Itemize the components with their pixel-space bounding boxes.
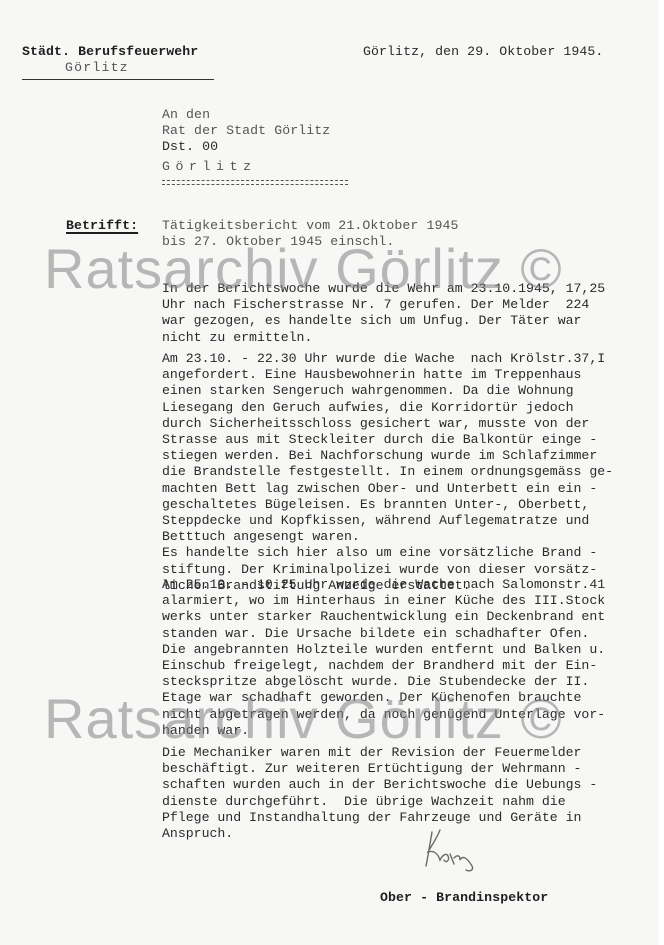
paragraph-1: In der Berichtswoche wurde die Wehr am 2… <box>162 281 642 346</box>
paragraph-line: Uhr nach Fischerstrasse Nr. 7 gerufen. D… <box>162 297 642 313</box>
date-line: Görlitz, den 29. Oktober 1945. <box>363 44 603 60</box>
recipient-line-3: Dst. 00 <box>162 139 218 155</box>
paragraph-2: Am 23.10. - 22.30 Uhr wurde die Wache na… <box>162 351 642 594</box>
paragraph-3: Am 25.10. - 10.25 Uhr wurde die Wache na… <box>162 577 642 739</box>
letterhead-city: Görlitz <box>65 60 129 76</box>
letterhead-organization: Städt. Berufsfeuerwehr <box>22 44 198 60</box>
paragraph-line: dienste durchgeführt. Die übrige Wachzei… <box>162 794 642 810</box>
page-edge <box>659 0 664 945</box>
paragraph-line: einen starken Sengeruch wahrgenommen. Da… <box>162 383 642 399</box>
subject-line-2: bis 27. Oktober 1945 einschl. <box>162 234 394 250</box>
recipient-line-2: Rat der Stadt Görlitz <box>162 123 330 139</box>
paragraph-line: alarmiert, wo im Hinterhaus in einer Küc… <box>162 593 642 609</box>
subject-label: Betrifft: <box>66 218 138 234</box>
document-page: Städt. Berufsfeuerwehr Görlitz Görlitz, … <box>0 0 660 945</box>
paragraph-line: machten Bett lag zwischen Ober- und Unte… <box>162 481 642 497</box>
paragraph-line: handen war. <box>162 723 642 739</box>
paragraph-line: durch Sicherheitsschloss gesichert war, … <box>162 416 642 432</box>
paragraph-line: geschaltetes Bügeleisen. Es brannten Unt… <box>162 497 642 513</box>
paragraph-line: In der Berichtswoche wurde die Wehr am 2… <box>162 281 642 297</box>
paragraph-line: Einschub freigelegt, nachdem der Brandhe… <box>162 658 642 674</box>
letterhead-underline <box>22 79 214 80</box>
paragraph-line: beschäftigt. Zur weiteren Ertüchtigung d… <box>162 761 642 777</box>
paragraph-line: Die Mechaniker waren mit der Revision de… <box>162 745 642 761</box>
recipient-double-underline <box>162 180 348 185</box>
paragraph-line: steckspritze abgelöscht wurde. Die Stube… <box>162 674 642 690</box>
paragraph-line: Pflege und Instandhaltung der Fahrzeuge … <box>162 810 642 826</box>
paragraph-line: nicht abgetragen werden, da noch genügen… <box>162 707 642 723</box>
paragraph-line: Steppdecke und Kopfkissen, während Aufle… <box>162 513 642 529</box>
paragraph-line: schaften wurden auch in der Berichtswoch… <box>162 777 642 793</box>
recipient-city: Görlitz <box>162 159 257 175</box>
paragraph-line: stiftung. Der Kriminalpolizei wurde von … <box>162 562 642 578</box>
paragraph-line: Strasse aus mit Steckleiter durch die Ba… <box>162 432 642 448</box>
paragraph-line: standen war. Die Ursache bildete ein sch… <box>162 626 642 642</box>
paragraph-line: Es handelte sich hier also um eine vorsä… <box>162 545 642 561</box>
paragraph-4: Die Mechaniker waren mit der Revision de… <box>162 745 642 842</box>
paragraph-line: Am 25.10. - 10.25 Uhr wurde die Wache na… <box>162 577 642 593</box>
paragraph-line: Liesegang den Geruch aufwies, die Korrid… <box>162 400 642 416</box>
paragraph-line: Etage war schadhaft geworden. Der Küchen… <box>162 690 642 706</box>
paragraph-line: nicht zu ermitteln. <box>162 330 642 346</box>
handwritten-signature <box>420 826 480 876</box>
paragraph-line: Die angebrannten Holzteile wurden entfer… <box>162 642 642 658</box>
signature-title: Ober - Brandinspektor <box>380 890 548 906</box>
paragraph-line: werks unter starker Rauchentwicklung ein… <box>162 609 642 625</box>
paragraph-line: angefordert. Eine Hausbewohnerin hatte i… <box>162 367 642 383</box>
subject-line-1: Tätigkeitsbericht vom 21.Oktober 1945 <box>162 218 459 234</box>
recipient-line-1: An den <box>162 107 210 123</box>
paragraph-line: Am 23.10. - 22.30 Uhr wurde die Wache na… <box>162 351 642 367</box>
paragraph-line: war gezogen, es handelte sich um Unfug. … <box>162 313 642 329</box>
paragraph-line: stiegen werden. Bei Nachforschung wurde … <box>162 448 642 464</box>
paragraph-line: die Brandstelle festgestellt. In einem o… <box>162 464 642 480</box>
paragraph-line: Betttuch angesengt waren. <box>162 529 642 545</box>
paragraph-line: Anspruch. <box>162 826 642 842</box>
